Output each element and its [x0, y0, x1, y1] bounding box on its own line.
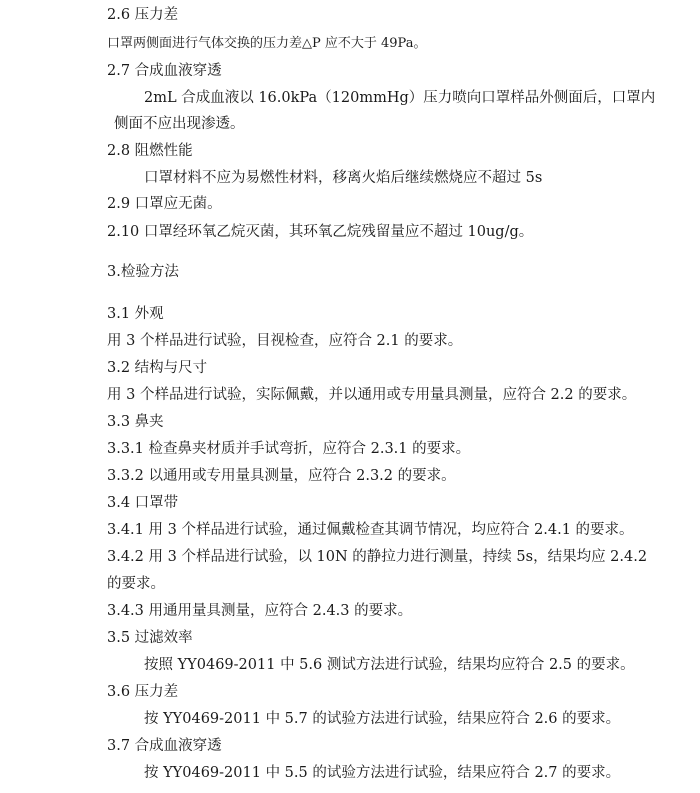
- section-heading-3-7: 3.7 合成血液穿透: [107, 736, 222, 756]
- section-heading-3-4: 3.4 口罩带: [107, 493, 178, 513]
- section-heading-3-5: 3.5 过滤效率: [107, 628, 193, 648]
- section-heading-2-6: 2.6 压力差: [107, 5, 178, 25]
- paragraph-3-3-1: 3.3.1 检查鼻夹材质并手试弯折，应符合 2.3.1 的要求。: [107, 439, 470, 459]
- paragraph-3-3-2: 3.3.2 以通用或专用量具测量，应符合 2.3.2 的要求。: [107, 466, 456, 486]
- paragraph-3-2: 用 3 个样品进行试验，实际佩戴，并以通用或专用量具测量，应符合 2.2 的要求…: [107, 385, 636, 405]
- section-heading-2-10: 2.10 口罩经环氧乙烷灭菌，其环氧乙烷残留量应不超过 10ug/g。: [107, 222, 533, 242]
- paragraph-3-4-2-cont: 的要求。: [107, 574, 165, 594]
- paragraph-3-4-2: 3.4.2 用 3 个样品进行试验，以 10N 的静拉力进行测量，持续 5s，结…: [107, 547, 647, 567]
- section-heading-3-3: 3.3 鼻夹: [107, 412, 164, 432]
- paragraph-blood-penetration: 2mL 合成血液以 16.0kPa（120mmHg）压力喷向口罩样品外侧面后，口…: [144, 88, 655, 108]
- section-heading-3-6: 3.6 压力差: [107, 682, 178, 702]
- section-heading-3-2: 3.2 结构与尺寸: [107, 358, 207, 378]
- chapter-heading-3: 3.检验方法: [107, 262, 179, 282]
- paragraph-3-6: 按 YY0469-2011 中 5.7 的试验方法进行试验，结果应符合 2.6 …: [144, 709, 620, 729]
- paragraph-3-7: 按 YY0469-2011 中 5.5 的试验方法进行试验，结果应符合 2.7 …: [144, 763, 620, 783]
- paragraph-3-4-1: 3.4.1 用 3 个样品进行试验，通过佩戴检查其调节情况，均应符合 2.4.1…: [107, 520, 634, 540]
- paragraph-3-1: 用 3 个样品进行试验，目视检查，应符合 2.1 的要求。: [107, 331, 462, 351]
- paragraph-3-4-3: 3.4.3 用通用量具测量，应符合 2.4.3 的要求。: [107, 601, 412, 621]
- section-heading-3-1: 3.1 外观: [107, 304, 164, 324]
- section-heading-2-8: 2.8 阻燃性能: [107, 141, 193, 161]
- paragraph-flame-retardant: 口罩材料不应为易燃性材料，移离火焰后继续燃烧应不超过 5s: [144, 168, 542, 188]
- section-heading-2-9: 2.9 口罩应无菌。: [107, 194, 222, 214]
- paragraph-blood-penetration-cont: 侧面不应出现渗透。: [114, 114, 245, 134]
- section-heading-2-7: 2.7 合成血液穿透: [107, 61, 222, 81]
- paragraph-3-5: 按照 YY0469-2011 中 5.6 测试方法进行试验，结果均应符合 2.5…: [144, 655, 635, 675]
- paragraph-pressure-difference: 口罩两侧面进行气体交换的压力差△P 应不大于 49Pa。: [107, 34, 426, 54]
